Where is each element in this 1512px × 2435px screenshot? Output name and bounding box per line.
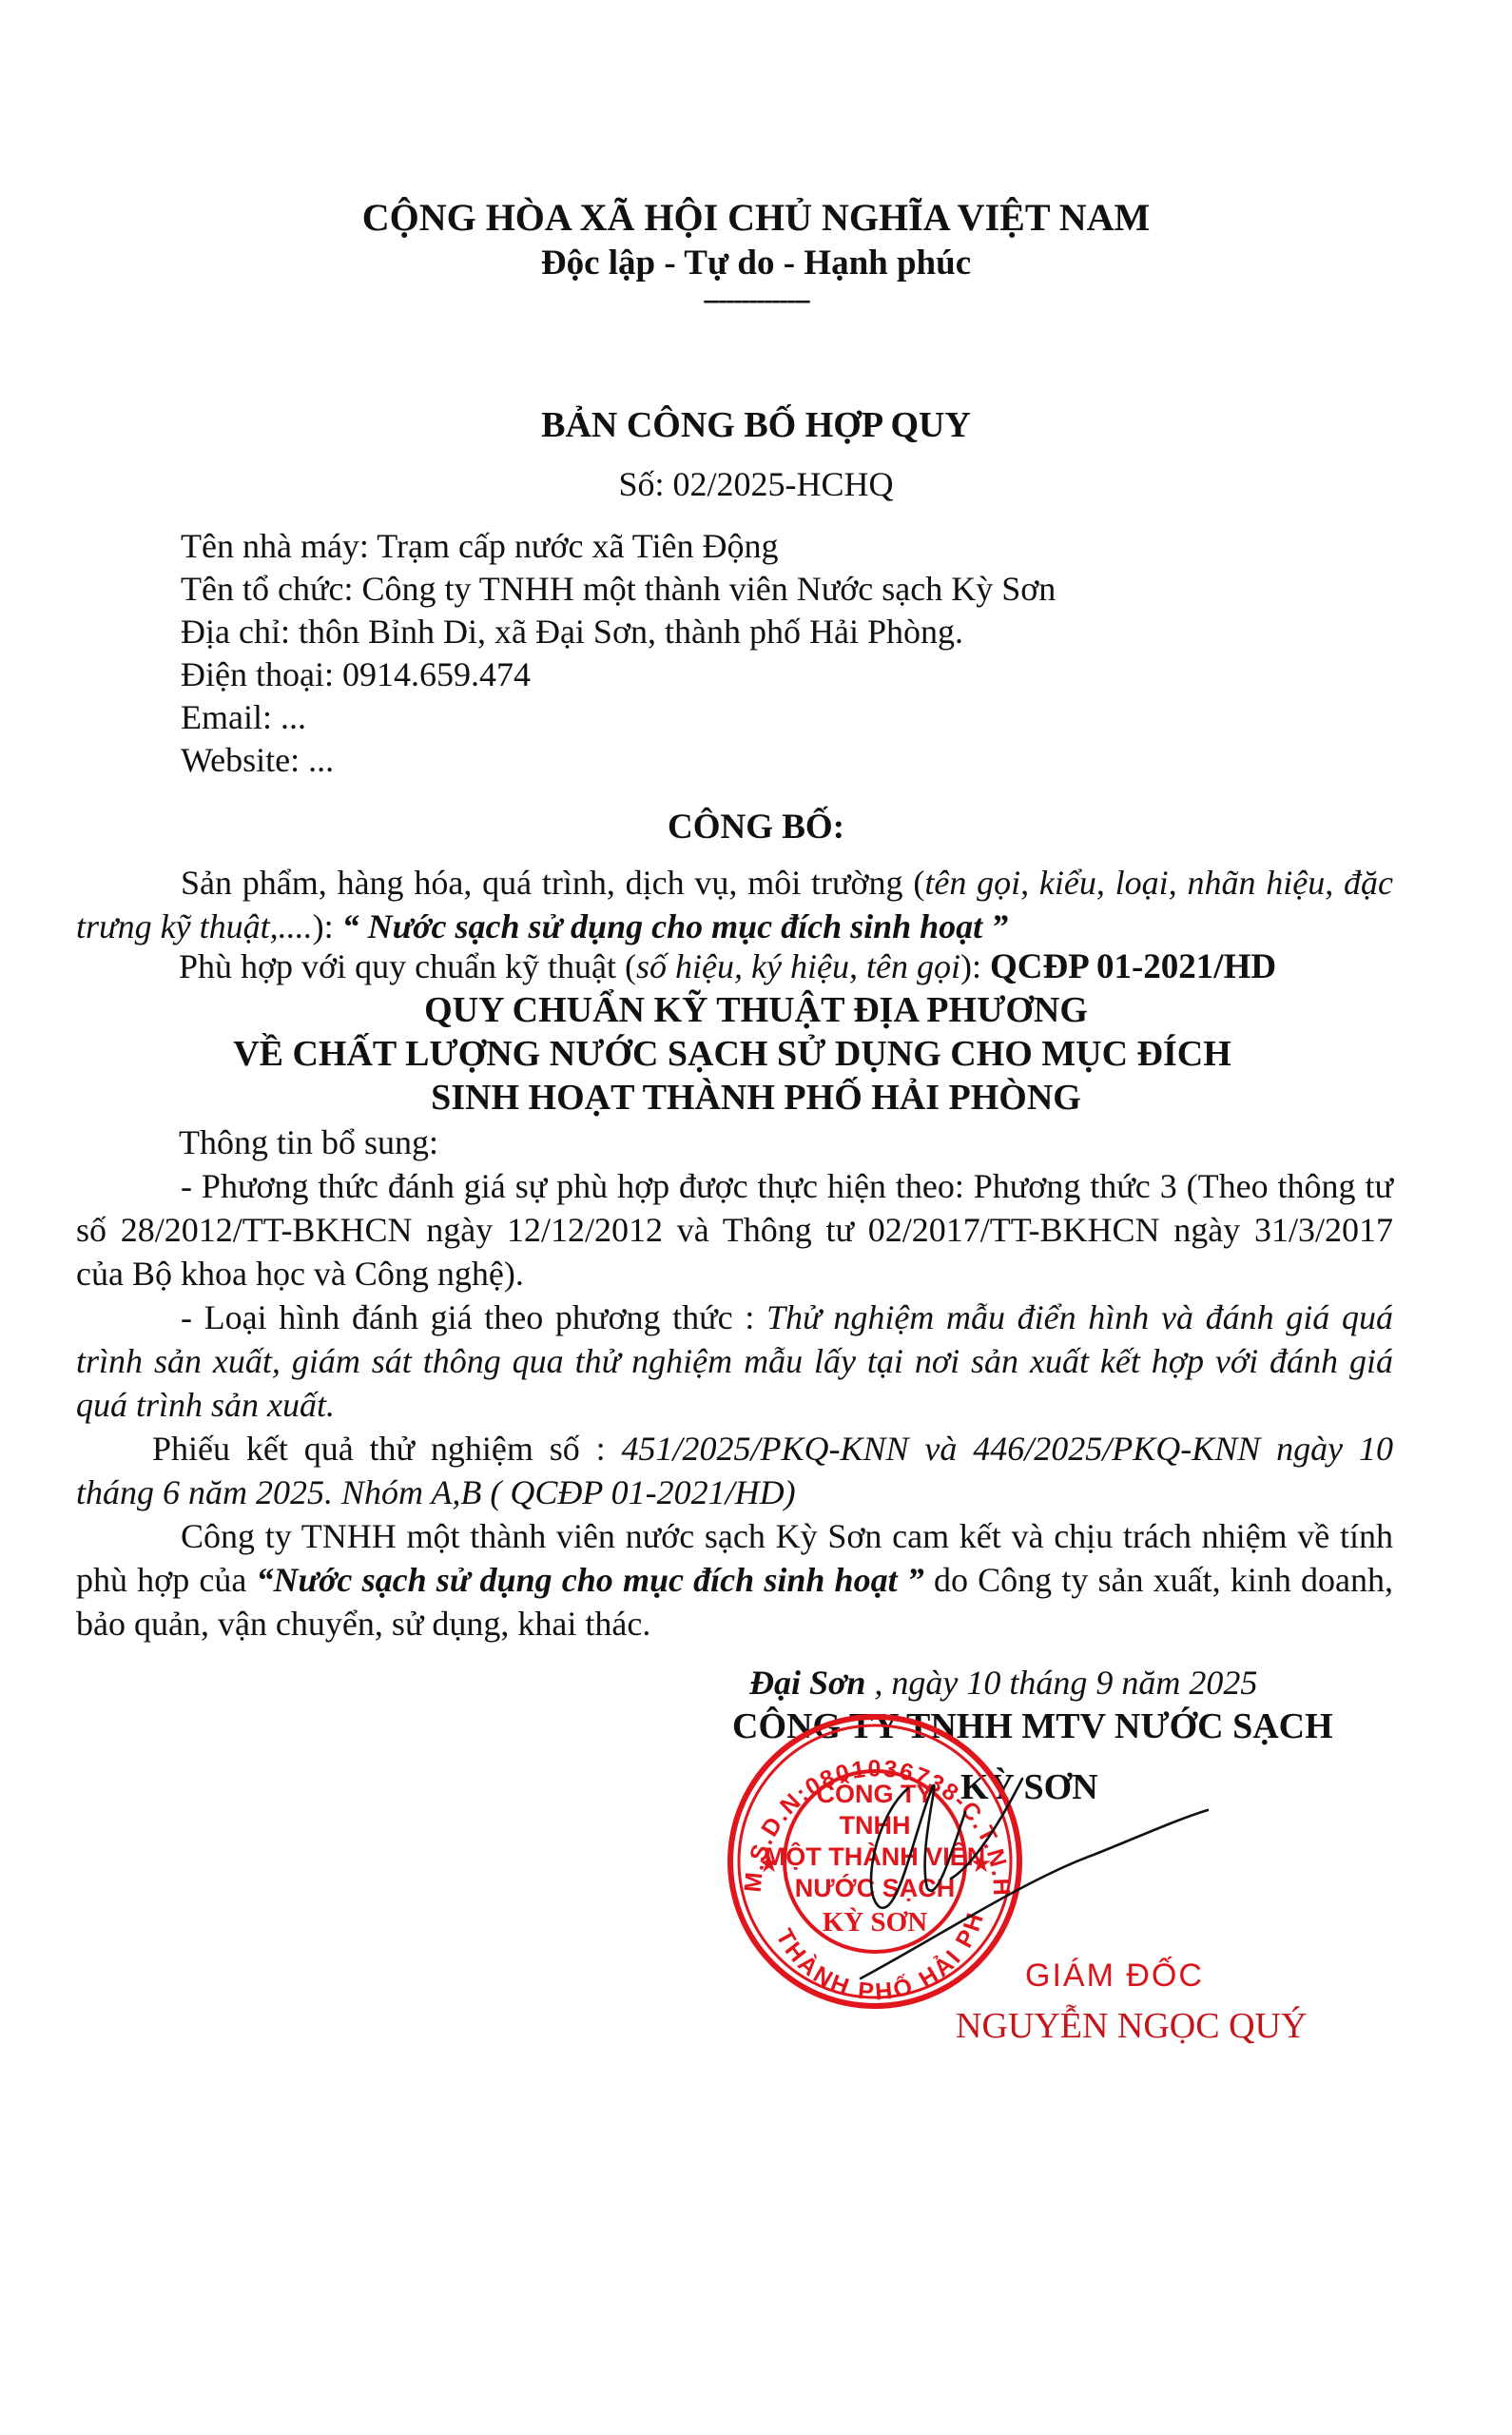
director-position: GIÁM ĐỐC bbox=[1025, 1958, 1204, 1995]
stamp-inner-line-4: NƯỚC SẠCH bbox=[795, 1873, 955, 1902]
standard-name-line-1: QUY CHUẨN KỸ THUẬT ĐỊA PHƯƠNG bbox=[0, 989, 1512, 1031]
stamp-inner-line-2: TNHH bbox=[840, 1811, 911, 1840]
extra-info-heading: Thông tin bổ sung: bbox=[179, 1122, 438, 1162]
stamp-star-left-icon: ★ bbox=[758, 1849, 780, 1878]
document-number: Số: 02/2025-HCHQ bbox=[0, 464, 1512, 504]
assessment-type-paragraph: - Loại hình đánh giá theo phương thức : … bbox=[76, 1295, 1393, 1427]
standard-lead: Phù hợp với quy chuẩn kỹ thuật ( bbox=[179, 947, 636, 985]
phone: Điện thoại: 0914.659.474 bbox=[181, 654, 531, 694]
signing-place-date: Đại Sơn , ngày 10 tháng 9 năm 2025 bbox=[749, 1663, 1257, 1703]
website: Website: ... bbox=[181, 740, 334, 780]
signing-organization-line-1: CÔNG TY TNHH MTV NƯỚC SẠCH bbox=[732, 1705, 1333, 1747]
standard-name-line-2: VỀ CHẤT LƯỢNG NƯỚC SẠCH SỬ DỤNG CHO MỤC … bbox=[0, 1033, 1488, 1075]
stamp-inner-line-1: CÔNG TY bbox=[816, 1779, 933, 1808]
organization-name: Tên tổ chức: Công ty TNHH một thành viên… bbox=[181, 569, 1056, 609]
stamp-inner-line-3: MỘT THÀNH VIÊN bbox=[765, 1841, 986, 1871]
commitment-paragraph: Công ty TNHH một thành viên nước sạch Kỳ… bbox=[76, 1514, 1393, 1646]
method-paragraph: - Phương thức đánh giá sự phù hợp được t… bbox=[76, 1164, 1393, 1295]
test-report-paragraph: Phiếu kết quả thử nghiệm số : 451/2025/P… bbox=[76, 1427, 1393, 1514]
national-title: CỘNG HÒA XÃ HỘI CHỦ NGHĨA VIỆT NAM bbox=[0, 195, 1512, 240]
stamp-inner-line-5: KỲ SƠN bbox=[823, 1906, 927, 1938]
national-motto: Độc lập - Tự do - Hạnh phúc bbox=[0, 243, 1512, 283]
factory-name: Tên nhà máy: Trạm cấp nước xã Tiên Động bbox=[181, 526, 779, 566]
announcement-heading: CÔNG BỐ: bbox=[0, 807, 1512, 847]
test-report-lead: Phiếu kết quả thử nghiệm số : bbox=[152, 1430, 622, 1468]
stamp-star-right-icon: ★ bbox=[970, 1849, 992, 1878]
email: Email: ... bbox=[181, 697, 306, 737]
product-close: ): bbox=[313, 907, 342, 945]
handwritten-signature-icon bbox=[861, 1779, 1208, 1978]
signing-date: , ngày 10 tháng 9 năm 2025 bbox=[865, 1664, 1257, 1702]
standard-name-line-3: SINH HOẠT THÀNH PHỐ HẢI PHÒNG bbox=[0, 1077, 1512, 1119]
standard-hint: số hiệu, ký hiệu, tên gọi bbox=[636, 947, 960, 985]
product-paragraph: Sản phẩm, hàng hóa, quá trình, dịch vụ, … bbox=[76, 861, 1393, 948]
signing-organization-line-2: KỲ SƠN bbox=[960, 1766, 1098, 1808]
document-title: BẢN CÔNG BỐ HỢP QUY bbox=[0, 404, 1512, 446]
standard-close: ): bbox=[960, 947, 990, 985]
commitment-product: “Nước sạch sử dụng cho mục đích sinh hoạ… bbox=[257, 1561, 924, 1599]
header-divider: -------------- bbox=[0, 283, 1512, 316]
product-lead: Sản phẩm, hàng hóa, quá trình, dịch vụ, … bbox=[181, 864, 924, 902]
director-name: NGUYỄN NGỌC QUÝ bbox=[956, 2005, 1307, 2047]
assessment-type-lead: - Loại hình đánh giá theo phương thức : bbox=[181, 1298, 766, 1336]
product-name: “ Nước sạch sử dụng cho mục đích sinh ho… bbox=[342, 907, 1009, 945]
signing-place: Đại Sơn bbox=[749, 1664, 865, 1702]
address: Địa chỉ: thôn Bỉnh Di, xã Đại Sơn, thành… bbox=[181, 612, 963, 652]
standard-line: Phù hợp với quy chuẩn kỹ thuật (số hiệu,… bbox=[179, 946, 1276, 987]
standard-code: QCĐP 01-2021/HD bbox=[990, 947, 1276, 986]
